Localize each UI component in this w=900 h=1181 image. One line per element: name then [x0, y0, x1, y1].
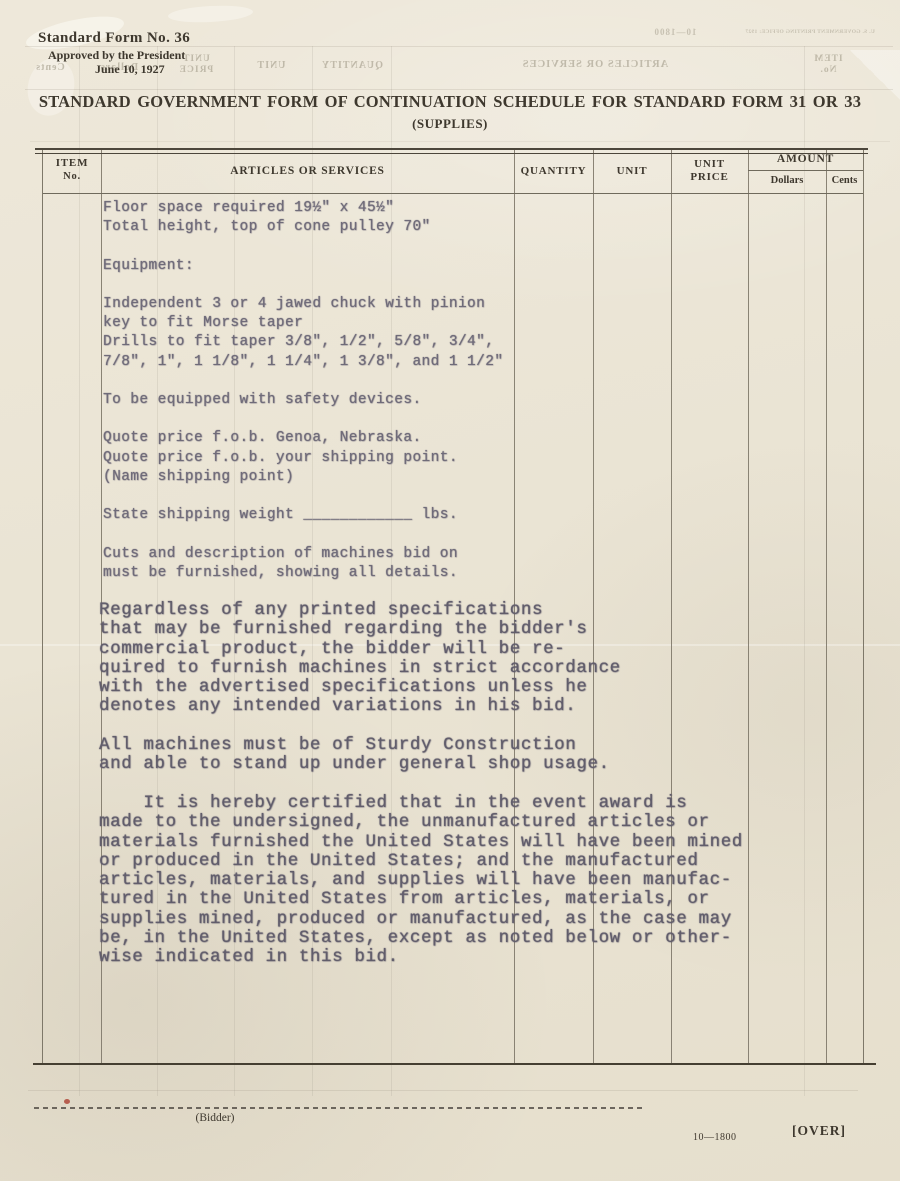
column-header-item: ITEM No.: [43, 157, 101, 183]
bleedthrough-print-code: 10—1800: [640, 27, 710, 37]
bleedthrough-unit-label: UNIT: [240, 60, 302, 71]
table-top-double-rule: [35, 148, 868, 154]
page-title: STANDARD GOVERNMENT FORM OF CONTINUATION…: [0, 92, 900, 112]
scanned-form-page: Cents Dollars UNITPRICE UNIT QUANTITY AR…: [0, 0, 900, 1181]
column-header-cents: Cents: [826, 175, 863, 186]
column-header-dollars: Dollars: [748, 175, 826, 186]
typewritten-entry-upper: Floor space required 19½" x 45½" Total h…: [103, 199, 503, 583]
table-rule-vertical: [748, 150, 749, 1065]
bleedthrough-articles-label: ARTICLES OR SERVICES: [470, 59, 720, 70]
amount-header-underline: [748, 170, 863, 171]
page-subtitle: (SUPPLIES): [0, 116, 900, 132]
bleedthrough-rule: [28, 1090, 858, 1091]
form-approval-date: June 10, 1927: [95, 62, 165, 77]
column-header-quantity: QUANTITY: [514, 165, 593, 177]
bleedthrough-rule: [25, 89, 893, 90]
column-header-unit-price: UNIT PRICE: [671, 158, 748, 184]
paper-tear-patch: [168, 4, 254, 24]
table-header-underline: [43, 193, 863, 194]
column-header-articles: ARTICLES OR SERVICES: [101, 165, 514, 177]
bleedthrough-cents-label: Cents: [28, 62, 72, 73]
typewritten-entry-lower: Regardless of any printed specifications…: [99, 601, 743, 968]
red-ink-dot: [64, 1099, 70, 1104]
bleedthrough-printing-office: U. S. GOVERNMENT PRINTING OFFICE: 1927: [735, 29, 885, 35]
column-header-amount: AMOUNT: [748, 153, 863, 165]
column-header-unit: UNIT: [593, 165, 671, 177]
bidder-label: (Bidder): [175, 1112, 255, 1124]
form-number: Standard Form No. 36: [38, 30, 190, 47]
bleedthrough-rule: [30, 141, 890, 142]
table-bottom-rule: [33, 1063, 876, 1065]
bidder-signature-line: [34, 1107, 646, 1109]
bleedthrough-quantity-label: QUANTITY: [312, 60, 392, 71]
over-marker: [OVER]: [792, 1123, 846, 1139]
form-approved-line: Approved by the President: [48, 48, 185, 63]
table-rule-vertical: [826, 150, 827, 1065]
bleedthrough-item-label: ITEMNo.: [800, 54, 856, 76]
print-code: 10—1800: [693, 1132, 737, 1143]
